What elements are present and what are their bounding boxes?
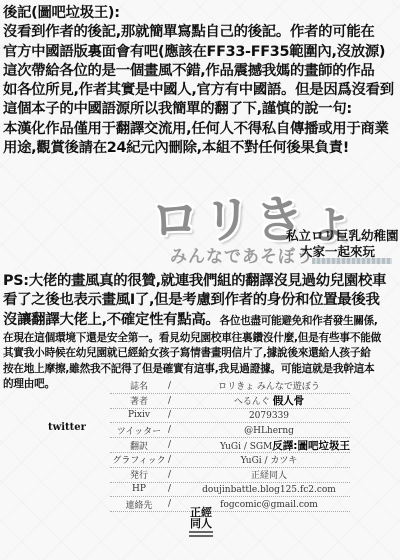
credit-row-contact: 連絡先 / fogcomic@gmail.com	[110, 497, 350, 512]
afterword-line: 用途,觀賞後請在24紀元內刪除,本組不對任何後果負責!	[3, 139, 399, 158]
credit-value: へるんぐ 假人骨	[188, 393, 350, 408]
afterword-heading: 後記(圖吧垃圾王):	[3, 4, 399, 23]
credit-key: 誌名	[110, 379, 168, 392]
seal-underline	[189, 531, 213, 533]
credit-key: 著者	[110, 394, 168, 407]
credit-row-title: 誌名 / ロリきょ みんなで遊ぼう	[110, 379, 350, 394]
credit-sep: /	[168, 396, 188, 406]
credit-key: HP	[110, 484, 168, 494]
credit-value: 2079339	[188, 409, 350, 421]
afterword-line: 這個本子的中國語源所以我簡單的翻了下,謹慎的說一句:	[3, 100, 399, 119]
ps-line: 在現在這個環境下還是安全第一。看見幼兒園校車往裏鑽沒什麼,但是有些事不能做	[3, 331, 399, 347]
credit-key: Pixiv	[110, 410, 168, 420]
ps-line-main: 沒讓翻譯大佬上,不確定性有點高。	[3, 312, 220, 328]
credit-key: ツイッター	[110, 424, 168, 437]
ps-line: 看了之後也表示畫風I了,但是考慮到作者的身份和位置最後我	[3, 291, 399, 310]
credit-sep: /	[168, 499, 188, 509]
credit-value: 正経同人	[188, 468, 350, 481]
credit-row-translation: 翻訳 / YuGi / SGM反譯:圖吧垃圾王	[110, 438, 350, 453]
ps-section: PS:大佬的畫風真的很贊,就連我們組的翻譯沒見過幼兒園校車 看了之後也表示畫風I…	[3, 272, 399, 393]
credit-key: 発行	[110, 468, 168, 481]
credit-row-publisher: 発行 / 正経同人	[110, 468, 350, 483]
credit-key: グラフィック	[110, 453, 168, 466]
afterword-line: 如各位所見,作者其實是中國人,官方有中國語。但是因爲沒看到	[3, 81, 399, 100]
credit-row-graphic: グラフィック / YuGi / カツキ	[110, 453, 350, 468]
afterword-line: 官方中國語版裏面會有吧(應該在FF33-FF35範圍內,沒放源)	[3, 43, 399, 62]
credit-sep: /	[168, 470, 188, 480]
credit-row-homepage: HP / doujinbattle.blog125.fc2.com	[110, 483, 350, 498]
credit-row-pixiv: Pixiv / 2079339	[110, 409, 350, 424]
afterword-line: 沒看到作者的後記,那就簡單寫點自己的後記。作者的可能在	[3, 23, 399, 42]
ps-line: 其實我小時候在幼兒園就已經給女孩子寫情書畫明信片了,據說後來還給人孩子給	[3, 346, 399, 362]
afterword-line: 這次帶給各位的是一個畫風不錯,作品震撼我媽的畫師的作品	[3, 62, 399, 81]
credit-value: YuGi / SGM反譯:圖吧垃圾王	[188, 438, 350, 453]
credit-sep: /	[168, 455, 188, 465]
credit-key: 翻訳	[110, 439, 168, 452]
afterword-line: 本漢化作品僅用于翻譯交流用,任何人不得私自傳播或用于商業	[3, 120, 399, 139]
publisher-seal-logo: 正經 同人	[187, 507, 215, 539]
credit-sep: /	[168, 425, 188, 435]
afterword-section: 後記(圖吧垃圾王): 沒看到作者的後記,那就簡單寫點自己的後記。作者的可能在 官…	[3, 4, 399, 158]
credit-sep: /	[168, 381, 188, 391]
credit-sep: /	[168, 410, 188, 420]
credit-key: 連絡先	[110, 498, 168, 511]
credits-table: 誌名 / ロリきょ みんなで遊ぼう 著者 / へるんぐ 假人骨 Pixiv / …	[110, 379, 350, 512]
ps-line-tail: 各位也盡可能避免和作者發生關係,	[220, 315, 378, 327]
credit-row-twitter: ツイッター / @HLherng	[110, 423, 350, 438]
twitter-label: twitter	[48, 422, 86, 433]
decorative-small-text	[312, 258, 392, 264]
ps-line: 按在地上摩擦,雖然我不記得了但是確實有這事,我見過證據。可能這就是我幹這本	[3, 362, 399, 378]
credit-sep: /	[168, 484, 188, 494]
credit-row-author: 著者 / へるんぐ 假人骨	[110, 394, 350, 409]
ps-line: PS:大佬的畫風真的很贊,就連我們組的翻譯沒見過幼兒園校車	[3, 272, 399, 291]
credit-value: YuGi / カツキ	[188, 453, 350, 466]
seal-underline	[189, 535, 213, 537]
credit-value: ロリきょ みんなで遊ぼう	[188, 379, 350, 392]
seal-bottom: 同人	[187, 518, 215, 529]
ps-line: 沒讓翻譯大佬上,不確定性有點高。各位也盡可能避免和作者發生關係,	[3, 311, 399, 331]
credit-value: @HLherng	[188, 424, 350, 436]
credit-value: doujinbattle.blog125.fc2.com	[188, 483, 350, 495]
logo-subtitle: みんなであそぼう	[170, 242, 314, 267]
credit-sep: /	[168, 440, 188, 450]
